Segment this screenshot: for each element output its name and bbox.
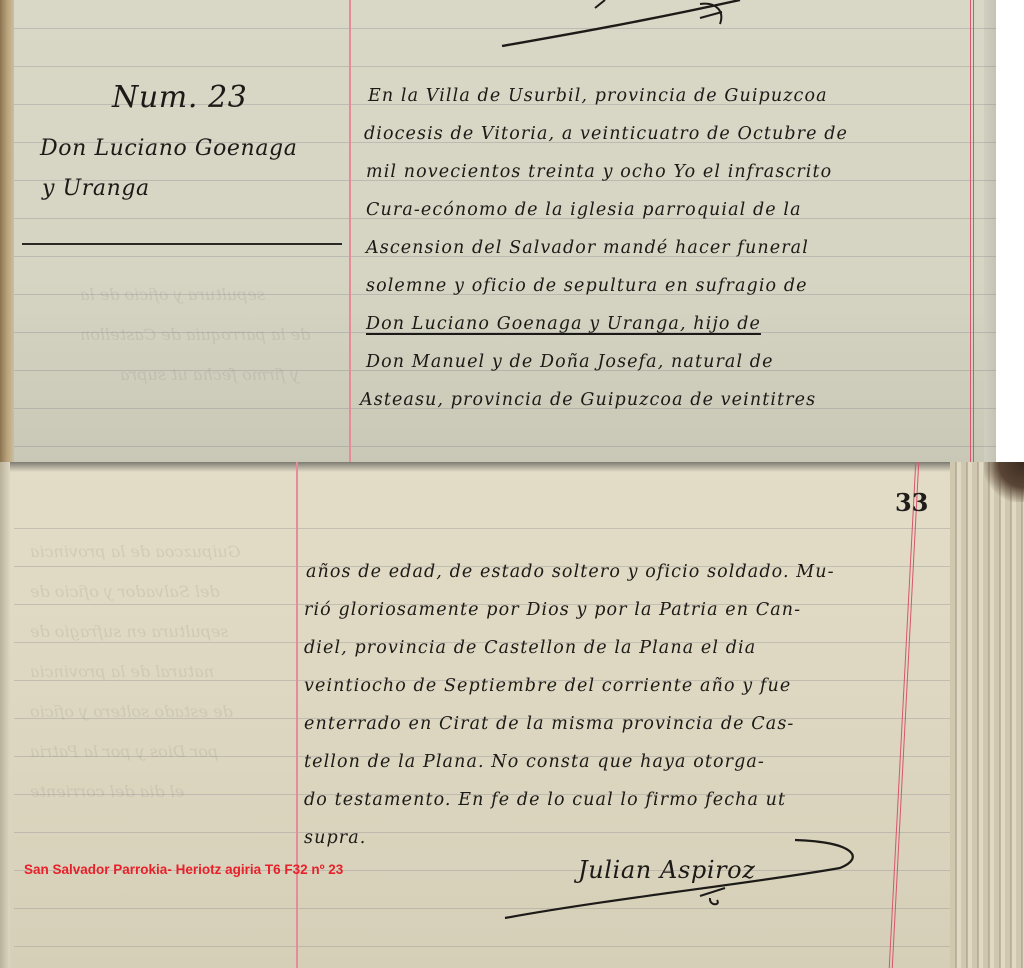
body-line: mil novecientos treinta y ocho Yo el inf… <box>366 162 832 182</box>
photo-seam-shadow <box>0 462 1024 472</box>
book-cover-corner <box>984 462 1024 502</box>
body-line: diel, provincia de Castellon de la Plana… <box>304 638 756 658</box>
bleed-through-text: del Salvador y oficio de <box>30 582 220 601</box>
body-line: años de edad, de estado soltero y oficio… <box>306 562 835 582</box>
left-margin-rule <box>296 462 298 968</box>
body-line: En la Villa de Usurbil, provincia de Gui… <box>368 86 828 106</box>
right-margin-rule <box>889 462 917 968</box>
body-line: enterrado en Cirat de la misma provincia… <box>304 714 794 734</box>
deceased-name: Don Luciano Goenaga <box>40 136 297 161</box>
body-line: veintiocho de Septiembre del corriente a… <box>304 676 791 696</box>
page-number: 33 <box>895 488 928 517</box>
body-line: solemne y oficio de sepultura en sufragi… <box>366 276 808 296</box>
book-page-edges <box>950 462 1024 968</box>
bleed-through-text: de la parroquia de Castellon <box>80 325 310 344</box>
heading-separator-line <box>22 243 342 245</box>
body-line: do testamento. En fe de lo cual lo firmo… <box>304 790 786 810</box>
body-line: Asteasu, provincia de Guipuzcoa de veint… <box>360 390 816 410</box>
page-edge <box>984 0 996 462</box>
top-page-photo: sepultura y oficio de la de la parroquia… <box>0 0 996 462</box>
body-line: Don Luciano Goenaga y Uranga, hijo de <box>366 314 761 334</box>
left-margin-rule <box>349 0 351 462</box>
previous-signature-flourish <box>500 0 750 50</box>
body-line: supra. <box>304 828 366 848</box>
body-line: Ascension del Salvador mandé hacer funer… <box>366 238 809 258</box>
body-line: Cura-ecónomo de la iglesia parroquial de… <box>366 200 802 220</box>
book-binding-edge <box>0 0 14 462</box>
right-margin-rule <box>970 0 971 462</box>
signature-flourish <box>495 838 865 928</box>
bleed-through-text: por Dios y por la Patria <box>30 742 218 761</box>
body-line: rió gloriosamente por Dios y por la Patr… <box>304 600 801 620</box>
bleed-through-text: Guipuzcoa de la provincia <box>30 542 241 561</box>
archive-reference-caption: San Salvador Parrokia- Heriotz agiria T6… <box>24 862 343 877</box>
body-line: diocesis de Vitoria, a veinticuatro de O… <box>364 124 848 144</box>
bleed-through-text: sepultura en sufragio de <box>30 622 229 641</box>
right-margin-rule-double <box>973 0 974 462</box>
bleed-through-text: sepultura y oficio de la <box>80 285 265 304</box>
bleed-through-text: el dia del corriente <box>30 782 184 801</box>
bleed-through-text: de estado soltero y oficio <box>30 702 233 721</box>
body-line: tellon de la Plana. No consta que haya o… <box>304 752 765 772</box>
bleed-through-text: natural de la provincia <box>30 662 214 681</box>
page-left-edge <box>0 462 10 968</box>
body-line: Don Manuel y de Doña Josefa, natural de <box>366 352 774 372</box>
bleed-through-text: y firmo fecha ut supra <box>120 365 299 384</box>
deceased-surname: y Uranga <box>42 176 150 201</box>
right-margin-rule-double <box>892 462 920 968</box>
entry-number: Num. 23 <box>112 80 247 115</box>
